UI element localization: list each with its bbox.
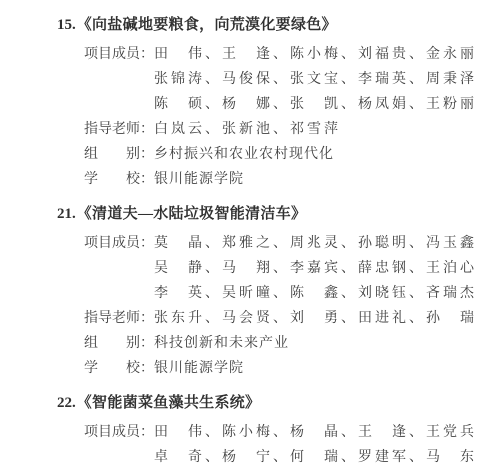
- detail-line: 组 别：科技创新和未来产业: [0, 331, 500, 356]
- detail-content: 陈 硕、杨 娜、张 凯、杨凤娟、王粉丽: [154, 92, 477, 117]
- detail-label: 项目成员：: [84, 42, 154, 67]
- detail-line: 项目成员：莫 晶、郑雅之、周兆灵、孙聪明、冯玉鑫: [0, 231, 500, 256]
- project-title: 21.《清道夫—水陆垃圾智能清洁车》: [0, 202, 500, 227]
- detail-content: 科技创新和未来产业: [154, 331, 289, 356]
- detail-line: 指导老师：白岚云、张新池、祁雪萍: [0, 117, 500, 142]
- project-section: 22.《智能菌菜鱼藻共生系统》项目成员：田 伟、陈小梅、杨 晶、王 逢、王党兵卓…: [0, 391, 500, 464]
- detail-label: 学 校：: [84, 356, 154, 381]
- document: 15.《向盐碱地要粮食，向荒漠化要绿色》项目成员：田 伟、王 逢、陈小梅、刘福贵…: [0, 0, 500, 464]
- project-title-text: 《清道夫—水陆垃圾智能清洁车》: [77, 206, 307, 222]
- project-title-text: 《向盐碱地要粮食，向荒漠化要绿色》: [77, 17, 337, 33]
- project-number: 15.: [57, 17, 77, 33]
- detail-content: 乡村振兴和农业农村现代化: [154, 142, 334, 167]
- detail-content: 卓 奇、杨 宁、何 瑞、罗建军、马 东: [154, 445, 477, 464]
- detail-label: 指导老师：: [84, 306, 154, 331]
- detail-label-empty: [84, 445, 154, 464]
- detail-label-empty: [84, 67, 154, 92]
- project-title: 22.《智能菌菜鱼藻共生系统》: [0, 391, 500, 416]
- detail-label-empty: [84, 281, 154, 306]
- detail-content: 张锦涛、马俊保、张文宝、李瑞英、周秉泽: [154, 67, 477, 92]
- project-section: 21.《清道夫—水陆垃圾智能清洁车》项目成员：莫 晶、郑雅之、周兆灵、孙聪明、冯…: [0, 202, 500, 381]
- project-number: 22.: [57, 395, 77, 411]
- detail-line: 陈 硕、杨 娜、张 凯、杨凤娟、王粉丽: [0, 92, 500, 117]
- project-title-text: 《智能菌菜鱼藻共生系统》: [77, 395, 261, 411]
- detail-line: 项目成员：田 伟、陈小梅、杨 晶、王 逢、王党兵: [0, 420, 500, 445]
- detail-line: 指导老师：张东升、马会贤、刘 勇、田进礼、孙 瑞: [0, 306, 500, 331]
- detail-content: 银川能源学院: [154, 167, 244, 192]
- detail-content: 莫 晶、郑雅之、周兆灵、孙聪明、冯玉鑫: [154, 231, 477, 256]
- detail-content: 田 伟、陈小梅、杨 晶、王 逢、王党兵: [154, 420, 477, 445]
- detail-line: 组 别：乡村振兴和农业农村现代化: [0, 142, 500, 167]
- detail-content: 银川能源学院: [154, 356, 244, 381]
- detail-line: 吴 静、马 翔、李嘉宾、薛忠钢、王泊心: [0, 256, 500, 281]
- detail-label: 指导老师：: [84, 117, 154, 142]
- detail-label: 组 别：: [84, 331, 154, 356]
- detail-content: 白岚云、张新池、祁雪萍: [154, 117, 341, 142]
- project-title: 15.《向盐碱地要粮食，向荒漠化要绿色》: [0, 13, 500, 38]
- detail-line: 李 英、吴昕曈、陈 鑫、刘晓钰、吝瑞杰: [0, 281, 500, 306]
- detail-label-empty: [84, 256, 154, 281]
- detail-line: 学 校：银川能源学院: [0, 167, 500, 192]
- project-number: 21.: [57, 206, 77, 222]
- detail-content: 张东升、马会贤、刘 勇、田进礼、孙 瑞: [154, 306, 477, 331]
- project-section: 15.《向盐碱地要粮食，向荒漠化要绿色》项目成员：田 伟、王 逢、陈小梅、刘福贵…: [0, 13, 500, 192]
- detail-label: 学 校：: [84, 167, 154, 192]
- detail-label: 项目成员：: [84, 420, 154, 445]
- detail-line: 学 校：银川能源学院: [0, 356, 500, 381]
- detail-label: 组 别：: [84, 142, 154, 167]
- detail-content: 李 英、吴昕曈、陈 鑫、刘晓钰、吝瑞杰: [154, 281, 477, 306]
- detail-label: 项目成员：: [84, 231, 154, 256]
- detail-line: 张锦涛、马俊保、张文宝、李瑞英、周秉泽: [0, 67, 500, 92]
- detail-content: 田 伟、王 逢、陈小梅、刘福贵、金永丽: [154, 42, 477, 67]
- detail-line: 卓 奇、杨 宁、何 瑞、罗建军、马 东: [0, 445, 500, 464]
- detail-content: 吴 静、马 翔、李嘉宾、薛忠钢、王泊心: [154, 256, 477, 281]
- detail-label-empty: [84, 92, 154, 117]
- detail-line: 项目成员：田 伟、王 逢、陈小梅、刘福贵、金永丽: [0, 42, 500, 67]
